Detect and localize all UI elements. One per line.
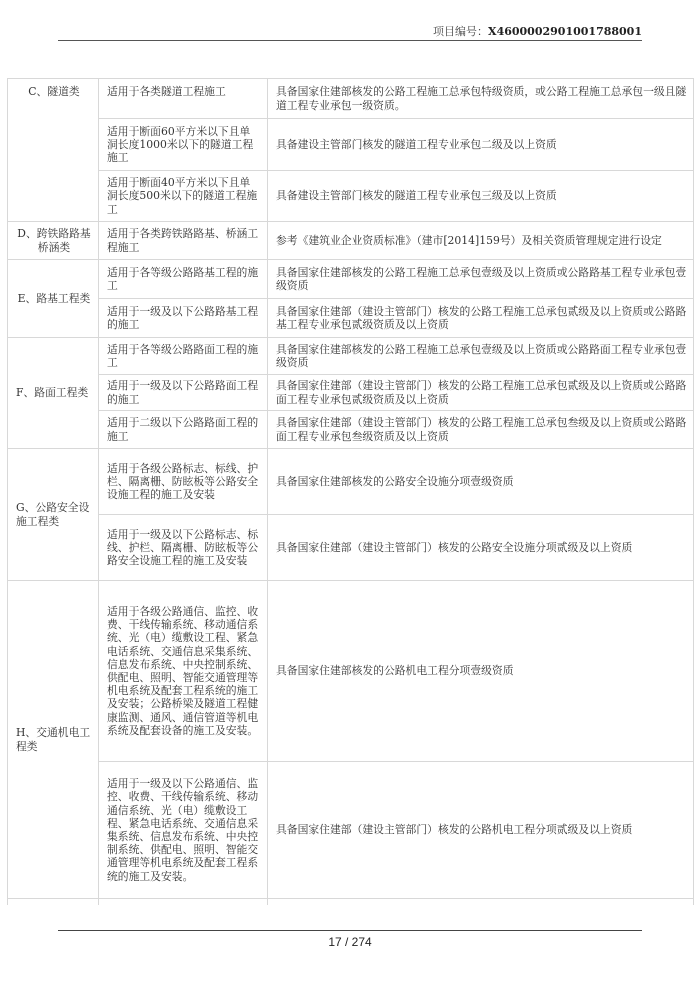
scope-cell: 适用于各级公路标志、标线、护栏、隔离栅、防眩板等公路安全设施工程的施工及安装 — [99, 449, 268, 515]
table-row: F、路面工程类 适用于各等级公路路面工程的施工 具备国家住建部核发的公路工程施工… — [8, 338, 694, 375]
qualification-requirements-table: C、隧道类 适用于各类隧道工程施工 具备国家住建部核发的公路工程施工总承包特级资… — [7, 78, 694, 905]
table-row: 适用于断面60平方米以下且单洞长度1000米以下的隧道工程施工 具备建设主管部门… — [8, 119, 694, 171]
table-row: 适用于断面40平方米以下且单洞长度500米以下的隧道工程施工 具备建设主管部门核… — [8, 171, 694, 222]
category-cell: E、路基工程类 — [8, 260, 99, 338]
category-cell: F、路面工程类 — [8, 338, 99, 449]
scope-cell: 适用于各等级公路路基工程的施工 — [99, 260, 268, 299]
scope-cell: 适用于断面40平方米以下且单洞长度500米以下的隧道工程施工 — [99, 171, 268, 222]
footer-divider — [58, 930, 642, 931]
project-code-label: 项目编号： — [433, 25, 488, 38]
requirement-cell: 具备国家住建部（建设主管部门）核发的公路机电工程分项贰级及以上资质 — [268, 762, 694, 899]
scope-cell: 适用于二级以下公路路面工程的施工 — [99, 411, 268, 449]
table-row-continued — [8, 899, 694, 906]
scope-cell: 适用于一级及以下公路路面工程的施工 — [99, 375, 268, 411]
category-cell: G、公路安全设施工程类 — [8, 449, 99, 581]
category-cell: D、跨铁路路基桥涵类 — [8, 222, 99, 260]
scope-cell: 适用于一级及以下公路路基工程的施工 — [99, 299, 268, 338]
category-cell: H、交通机电工程类 — [8, 581, 99, 899]
table-row: H、交通机电工程类 适用于各级公路通信、监控、收费、干线传输系统、移动通信系统、… — [8, 581, 694, 762]
requirement-cell: 具备国家住建部（建设主管部门）核发的公路工程施工总承包贰级及以上资质或公路路基工… — [268, 299, 694, 338]
requirement-cell: 具备国家住建部（建设主管部门）核发的公路安全设施分项贰级及以上资质 — [268, 515, 694, 581]
table-row: 适用于一级及以下公路通信、监控、收费、干线传输系统、移动通信系统、光（电）缆敷设… — [8, 762, 694, 899]
requirement-cell: 具备建设主管部门核发的隧道工程专业承包三级及以上资质 — [268, 171, 694, 222]
table-row: 适用于一级及以下公路标志、标线、护栏、隔离栅、防眩板等公路安全设施工程的施工及安… — [8, 515, 694, 581]
requirement-cell: 具备国家住建部核发的公路工程施工总承包壹级及以上资质或公路路面工程专业承包壹级资… — [268, 338, 694, 375]
requirement-cell: 具备建设主管部门核发的隧道工程专业承包二级及以上资质 — [268, 119, 694, 171]
table-row: 适用于一级及以下公路路面工程的施工 具备国家住建部（建设主管部门）核发的公路工程… — [8, 375, 694, 411]
scope-cell: 适用于各类跨铁路路基、桥涵工程施工 — [99, 222, 268, 260]
requirement-cell: 参考《建筑业企业资质标准》（建市[2014]159号）及相关资质管理规定进行设定 — [268, 222, 694, 260]
table-row: 适用于一级及以下公路路基工程的施工 具备国家住建部（建设主管部门）核发的公路工程… — [8, 299, 694, 338]
table-row: C、隧道类 适用于各类隧道工程施工 具备国家住建部核发的公路工程施工总承包特级资… — [8, 79, 694, 119]
requirement-cell: 具备国家住建部核发的公路工程施工总承包壹级及以上资质或公路路基工程专业承包壹级资… — [268, 260, 694, 299]
table-row: E、路基工程类 适用于各等级公路路基工程的施工 具备国家住建部核发的公路工程施工… — [8, 260, 694, 299]
requirement-cell: 具备国家住建部核发的公路机电工程分项壹级资质 — [268, 581, 694, 762]
requirement-cell: 具备国家住建部核发的公路工程施工总承包特级资质，或公路工程施工总承包一级且隧道工… — [268, 79, 694, 119]
project-code: X4600002901001788001 — [488, 25, 642, 38]
page-number: 17 / 274 — [0, 935, 700, 949]
scope-cell: 适用于断面60平方米以下且单洞长度1000米以下的隧道工程施工 — [99, 119, 268, 171]
empty-cell — [268, 899, 694, 906]
requirement-cell: 具备国家住建部（建设主管部门）核发的公路工程施工总承包贰级及以上资质或公路路面工… — [268, 375, 694, 411]
scope-cell: 适用于一级及以下公路标志、标线、护栏、隔离栅、防眩板等公路安全设施工程的施工及安… — [99, 515, 268, 581]
scope-cell: 适用于一级及以下公路通信、监控、收费、干线传输系统、移动通信系统、光（电）缆敷设… — [99, 762, 268, 899]
empty-cell — [8, 899, 99, 906]
empty-cell — [99, 899, 268, 906]
table-row: 适用于二级以下公路路面工程的施工 具备国家住建部（建设主管部门）核发的公路工程施… — [8, 411, 694, 449]
scope-cell: 适用于各级公路通信、监控、收费、干线传输系统、移动通信系统、光（电）缆敷设工程、… — [99, 581, 268, 762]
requirement-cell: 具备国家住建部核发的公路安全设施分项壹级资质 — [268, 449, 694, 515]
scope-cell: 适用于各等级公路路面工程的施工 — [99, 338, 268, 375]
requirement-cell: 具备国家住建部（建设主管部门）核发的公路工程施工总承包叁级及以上资质或公路路面工… — [268, 411, 694, 449]
table-row: G、公路安全设施工程类 适用于各级公路标志、标线、护栏、隔离栅、防眩板等公路安全… — [8, 449, 694, 515]
scope-cell: 适用于各类隧道工程施工 — [99, 79, 268, 119]
page-header: 项目编号：X4600002901001788001 — [58, 24, 642, 41]
table-row: D、跨铁路路基桥涵类 适用于各类跨铁路路基、桥涵工程施工 参考《建筑业企业资质标… — [8, 222, 694, 260]
category-cell: C、隧道类 — [8, 79, 99, 222]
